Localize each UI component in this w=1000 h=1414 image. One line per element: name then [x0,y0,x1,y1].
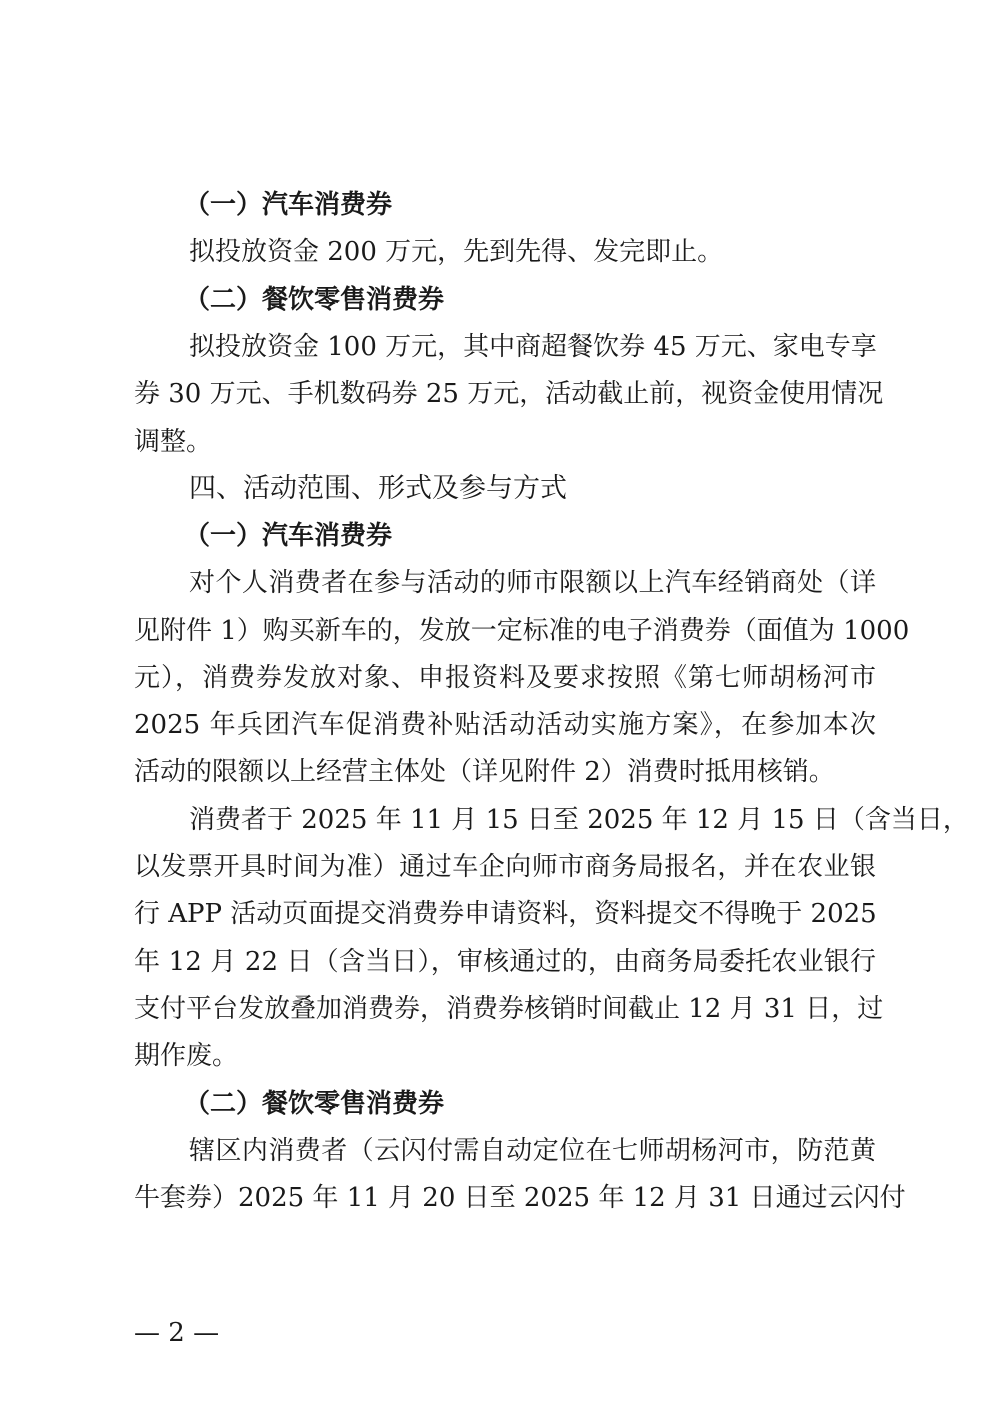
document-page: （一）汽车消费券 拟投放资金 200 万元，先到先得、发完即止。 （二）餐饮零售… [0,0,1000,1414]
section-heading-scope: 四、活动范围、形式及参与方式 [189,472,931,506]
paragraph-line: 拟投放资金 100 万元，其中商超餐饮券 45 万元、家电专享 [189,330,876,364]
subheading-car-voucher-funding: （一）汽车消费券 [184,188,926,222]
paragraph-line: 2025 年兵团汽车促消费补贴活动活动实施方案》，在参加本次 [134,708,876,742]
subheading-car-voucher-scope: （一）汽车消费券 [184,519,926,553]
paragraph-line: 消费者于 2025 年 11 月 15 日至 2025 年 12 月 15 日（… [189,803,876,837]
paragraph-line: 牛套券）2025 年 11 月 20 日至 2025 年 12 月 31 日通过… [134,1181,876,1215]
paragraph-line: 期作废。 [134,1039,876,1073]
paragraph-line: 以发票开具时间为准）通过车企向师市商务局报名，并在农业银 [134,850,876,884]
paragraph-line: 对个人消费者在参与活动的师市限额以上汽车经销商处（详 [189,566,876,600]
paragraph-line: 调整。 [134,425,876,459]
paragraph-line: 行 APP 活动页面提交消费券申请资料，资料提交不得晚于 2025 [134,897,876,931]
paragraph-line: 元），消费券发放对象、申报资料及要求按照《第七师胡杨河市 [134,661,876,695]
subheading-dining-retail-funding: （二）餐饮零售消费券 [184,283,926,317]
paragraph-car-voucher-funding: 拟投放资金 200 万元，先到先得、发完即止。 [189,235,876,269]
paragraph-line: 券 30 万元、手机数码券 25 万元，活动截止前，视资金使用情况 [134,377,876,411]
paragraph-line: 年 12 月 22 日（含当日），审核通过的，由商务局委托农业银行 [134,945,876,979]
paragraph-line: 支付平台发放叠加消费券，消费券核销时间截止 12 月 31 日，过 [134,992,876,1026]
subheading-dining-retail-scope: （二）餐饮零售消费券 [184,1087,926,1121]
paragraph-line: 见附件 1）购买新车的，发放一定标准的电子消费券（面值为 1000 [134,614,876,648]
paragraph-line: 辖区内消费者（云闪付需自动定位在七师胡杨河市，防范黄 [189,1134,876,1168]
paragraph-line: 活动的限额以上经营主体处（详见附件 2）消费时抵用核销。 [134,755,876,789]
page-number: — 2 — [134,1316,219,1350]
